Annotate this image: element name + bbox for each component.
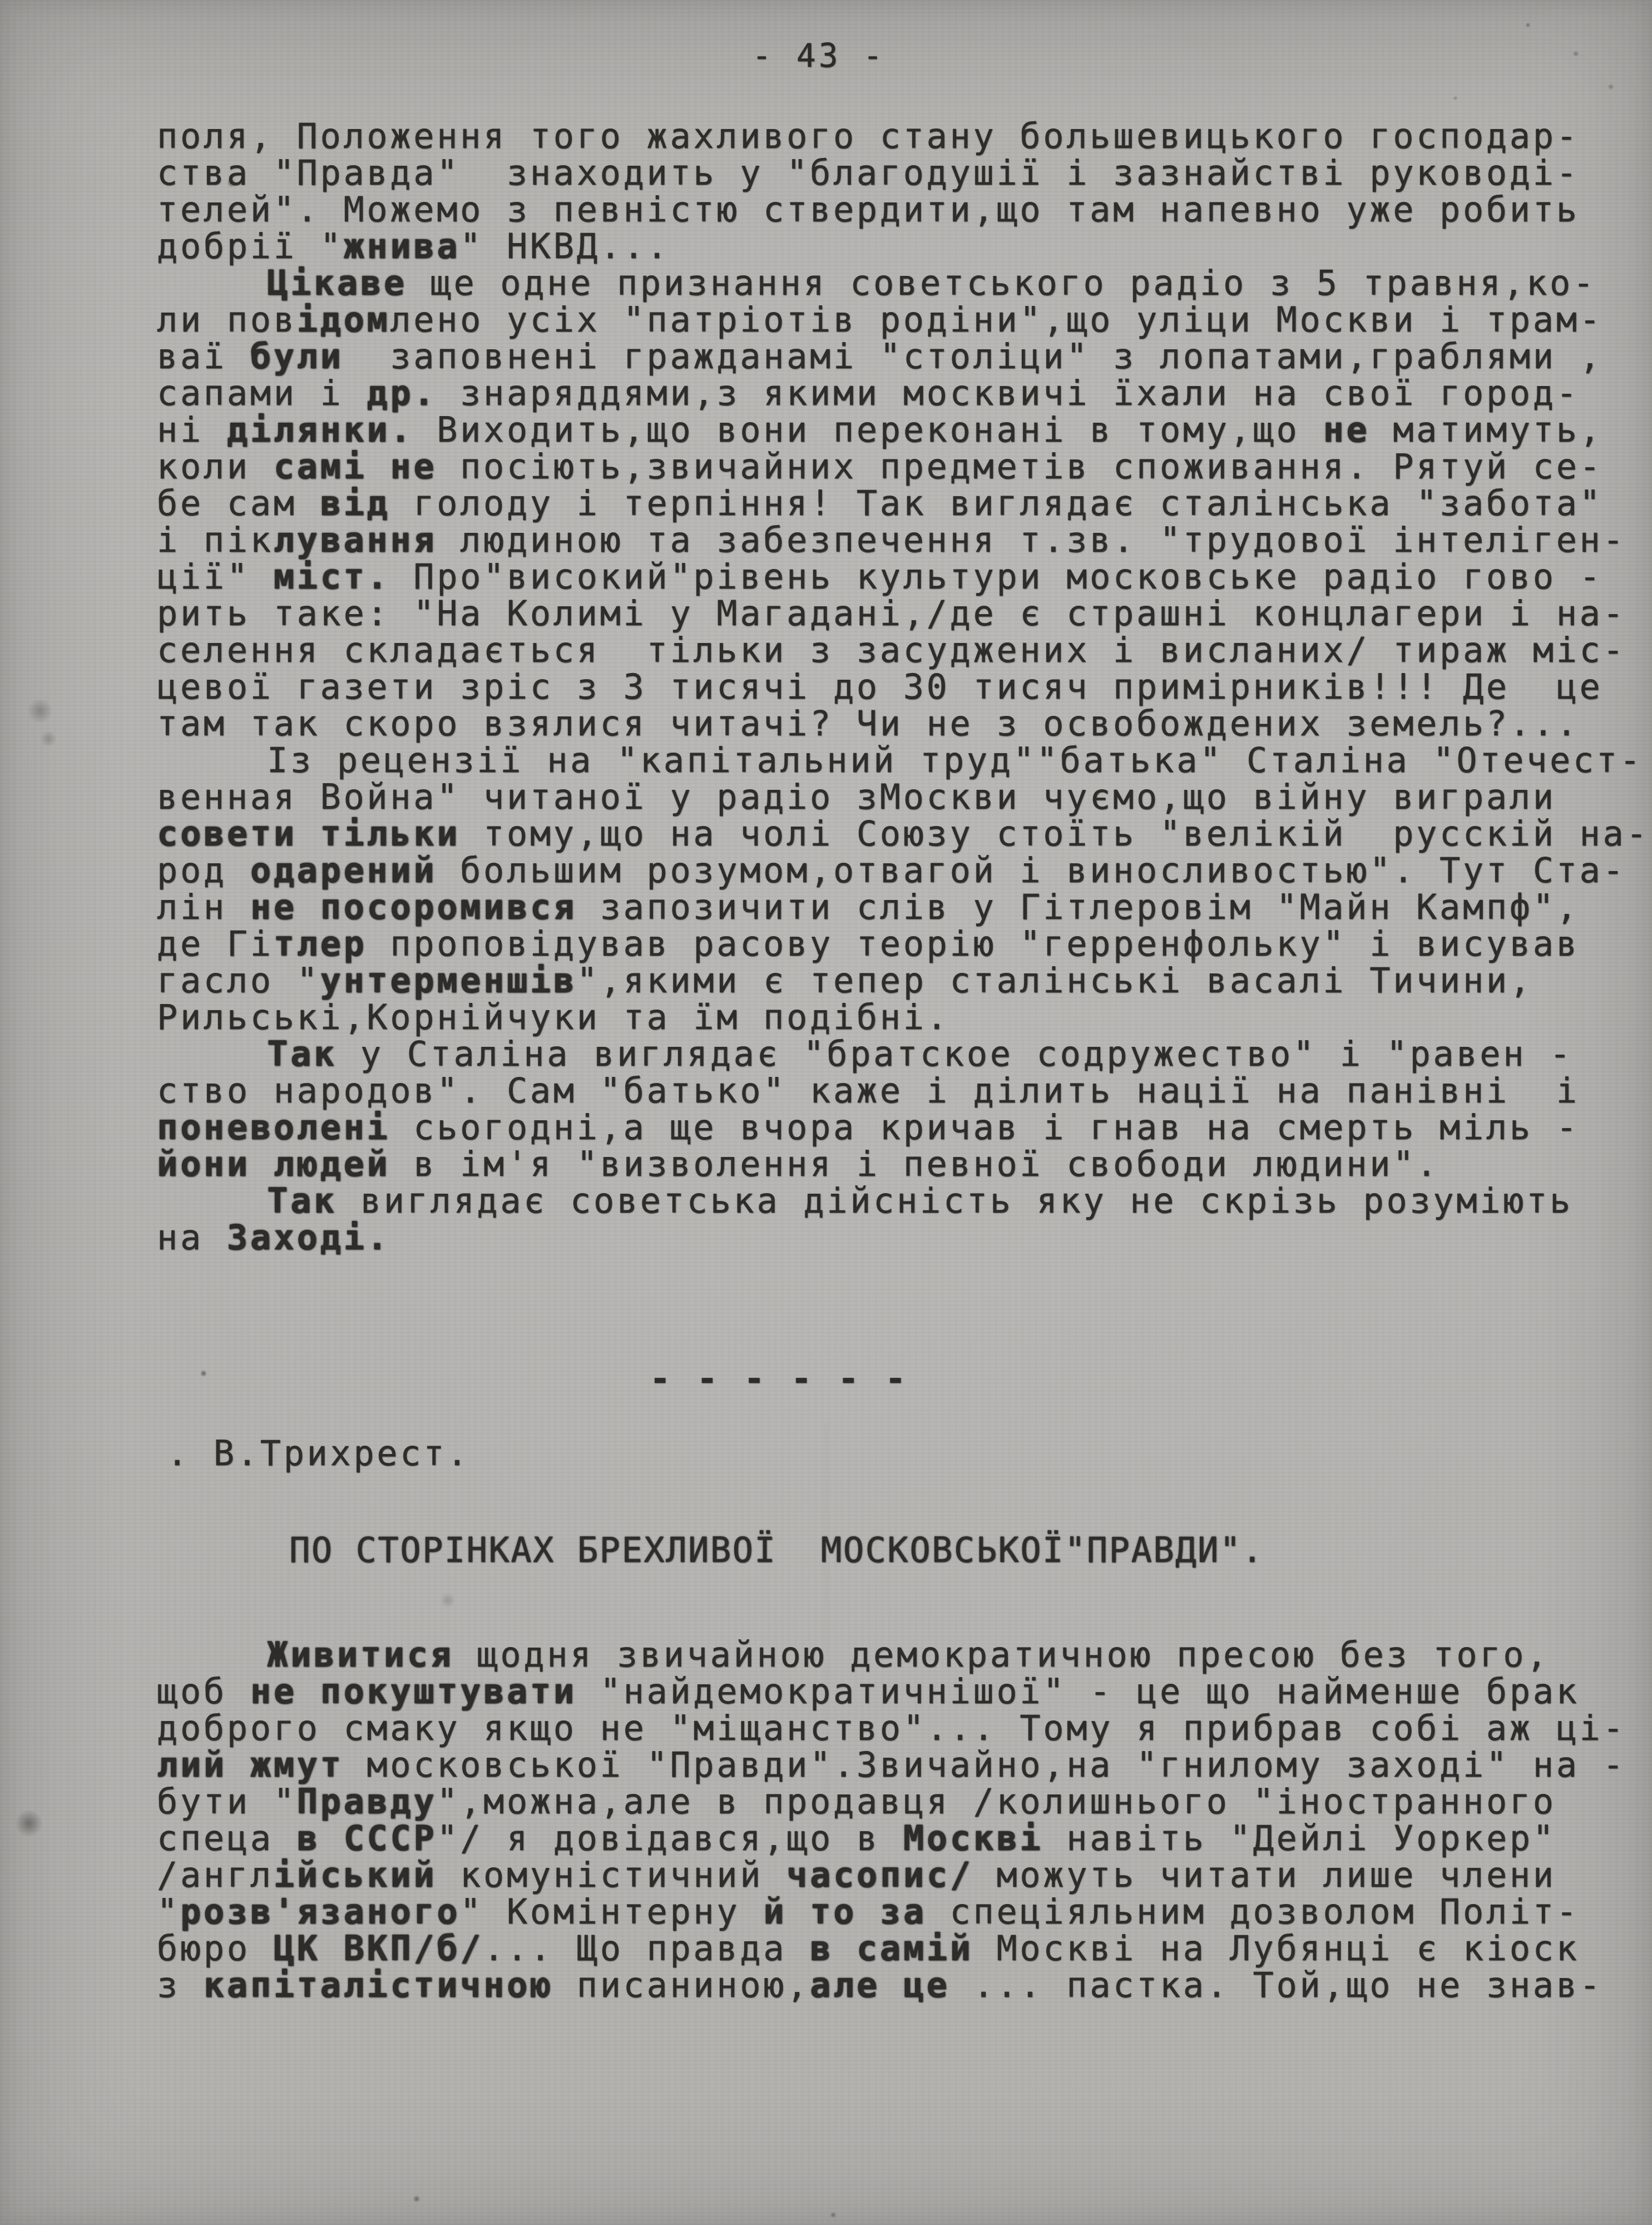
paper-stain [16,1809,42,1838]
text-line: ли повідомлено усіх "патріотів родіни",щ… [157,301,1648,338]
text-line: з капіталістичною писаниною,але це ... п… [157,1967,1648,2004]
paragraph: Із рецензії на "капітальний труд""батька… [157,742,1648,1036]
paragraph: Так у Сталіна виглядає "братское содруже… [157,1036,1648,1183]
text-line: Живитися щодня звичайною демократичною п… [157,1636,1648,1673]
text-line: ні ділянки. Виходить,що вони переконані … [157,412,1648,448]
text-line: Цікаве ще одне признання советського рад… [157,265,1648,301]
text-line: гасло "унтерменшів",якими є тепер сталін… [157,962,1648,999]
text-line: поневолені сьогодні,а ще вчора кричав і … [157,1109,1648,1146]
paragraph: Живитися щодня звичайною демократичною п… [157,1636,1648,2004]
section-divider: - - - - - - [650,1358,909,1399]
paragraph: поля, Положення того жахливого стану бол… [157,118,1648,265]
pencil-speck [1525,22,1531,28]
text-line: род одарений большим розумом,отвагой і в… [157,852,1648,889]
text-line: там так скоро взялися читачі? Чи не з ос… [157,705,1648,742]
text-line: лий жмут московської "Правди".Звичайно,н… [157,1747,1648,1783]
text-line: Так виглядає советська дійсність яку не … [157,1183,1648,1219]
text-line: добрії "жнива" НКВД... [157,228,1648,265]
text-line: щоб не покуштувати "найдемократичнішої" … [157,1673,1648,1710]
article-2-body: Живитися щодня звичайною демократичною п… [157,1636,1648,2004]
paragraph: Так виглядає советська дійсність яку не … [157,1183,1648,1256]
text-line: йони людей в ім'я "визволення і певної с… [157,1146,1648,1183]
text-line: коли самі не посіють,звичайних предметів… [157,448,1648,485]
text-line: ваї були заповнені гражданамі "століци" … [157,338,1648,375]
article-1-body: поля, Положення того жахливого стану бол… [157,118,1648,1256]
text-line: /англійський комуністичний часопис/ можу… [157,1857,1648,1893]
paper-stain [830,2212,837,2218]
scanned-document-page: - 43 - поля, Положення того жахливого ст… [0,0,1652,2225]
text-line: доброго смаку якщо не "міщанство"... Том… [157,1710,1648,1747]
text-line: бе сам від голоду і терпіння! Так вигляд… [157,485,1648,522]
text-line: "розв'язаного" Комінтерну й то за спеція… [157,1893,1648,1930]
text-line: совети тільки тому,що на чолі Союзу стої… [157,815,1648,852]
text-line: цевої газети зріс з 3 тисячі до 30 тисяч… [157,669,1648,705]
text-line: ції" міст. Про"високий"рівень культури м… [157,558,1648,595]
text-line: ства "Правда" знаходить у "благодушії і … [157,155,1648,191]
text-line: венная Война" читаної у радіо зМоскви чу… [157,779,1648,815]
text-line: де Гітлер проповідував расову теорію "ге… [157,926,1648,962]
text-line: Рильські,Корнійчуки та їм подібні. [157,999,1648,1036]
text-line: лін не посоромився запозичити слів у Гіт… [157,889,1648,926]
paper-stain [39,731,58,746]
text-line: сапами і др. знаряддями,з якими москвичі… [157,375,1648,412]
text-line: поля, Положення того жахливого стану бол… [157,118,1648,155]
text-line: і піклування людиною та забезпечення т.з… [157,522,1648,558]
text-line: рить таке: "На Колимі у Магадані,/де є с… [157,595,1648,632]
text-line: бути "Правду",можна,але в продавця /коли… [157,1783,1648,1820]
paragraph: Цікаве ще одне признання советського рад… [157,265,1648,742]
pencil-speck [1608,83,1614,90]
article-2-title: ПО СТОРІНКАХ БРЕХЛИВОЇ МОСКОВСЬКОЇ"ПРАВД… [289,1530,1264,1570]
text-line: на Заході. [157,1219,1648,1256]
paper-stain [441,1592,455,1609]
text-line: ство народов". Сам "батько" каже і ділит… [157,1072,1648,1109]
paper-stain [413,2195,421,2203]
paper-stain [26,700,55,722]
text-line: спеца в СССР"/ я довідався,що в Москві н… [157,1820,1648,1857]
pencil-speck [1453,96,1458,101]
paper-stain [200,1369,207,1377]
pencil-speck [1572,51,1580,56]
author-signature: . В.Трихрест. [167,1433,470,1474]
text-line: телей". Можемо з певністю ствердити,що т… [157,191,1648,228]
page-number: - 43 - [752,37,886,75]
text-line: Із рецензії на "капітальний труд""батька… [157,742,1648,779]
text-line: бюро ЦК ВКП/б/... Що правда в самій Моск… [157,1930,1648,1967]
text-line: селення складається тільки з засуджених … [157,632,1648,669]
text-line: Так у Сталіна виглядає "братское содруже… [157,1036,1648,1072]
